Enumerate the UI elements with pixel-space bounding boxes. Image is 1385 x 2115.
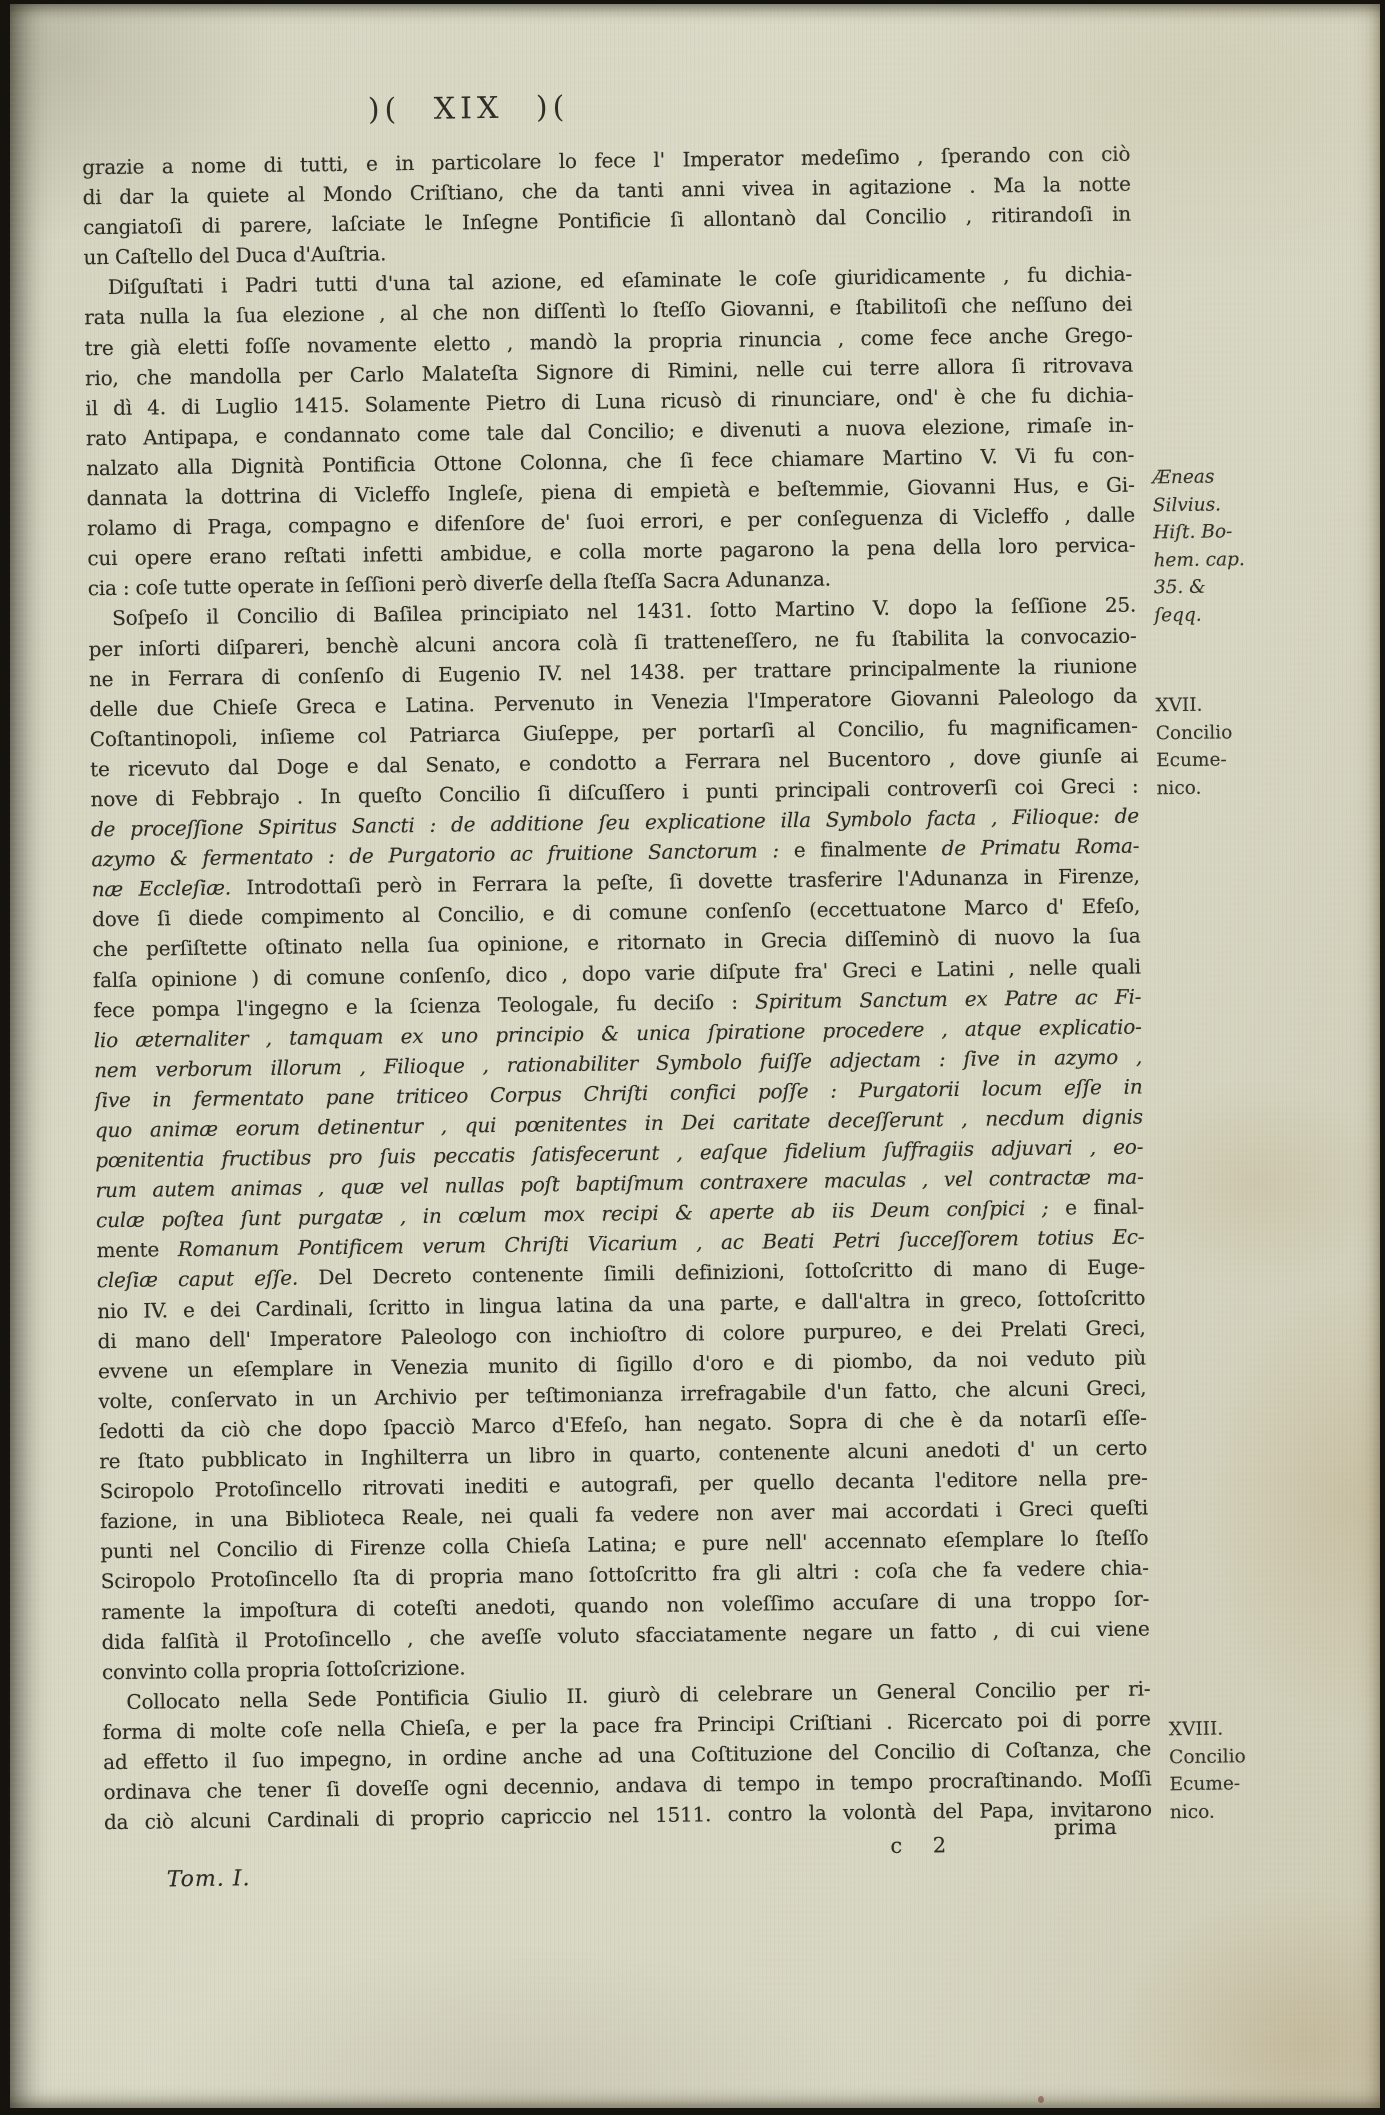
scanned-book-page: { "page": { "header": ")( XIX )(", "body… bbox=[0, 0, 1385, 2115]
margin-note-xviii-concilio: XVIII.ConcilioEcume-nico. bbox=[1169, 1715, 1247, 1826]
footer-catchword: prima bbox=[1054, 1815, 1117, 1840]
footer-signature-mark: c 2 bbox=[890, 1833, 958, 1858]
margin-note-xvii-concilio: XVII.ConcilioEcume-nico. bbox=[1155, 691, 1233, 802]
paper-sheet: )( XIX )( grazie a nome di tutti, e in p… bbox=[10, 4, 1380, 2108]
ink-speck bbox=[1038, 2096, 1044, 2103]
scan-content: )( XIX )( grazie a nome di tutti, e in p… bbox=[0, 0, 1385, 2115]
text-block: grazie a nome di tutti, e in particolare… bbox=[82, 139, 1152, 1838]
margin-note-aeneas-silvius: ÆneasSilvius.Hiſt. Bo-hem. cap.35. &ſeqq… bbox=[1152, 463, 1245, 629]
footer-tome-label: Tom. I. bbox=[167, 1866, 251, 1892]
page-number-header: )( XIX )( bbox=[0, 85, 940, 132]
